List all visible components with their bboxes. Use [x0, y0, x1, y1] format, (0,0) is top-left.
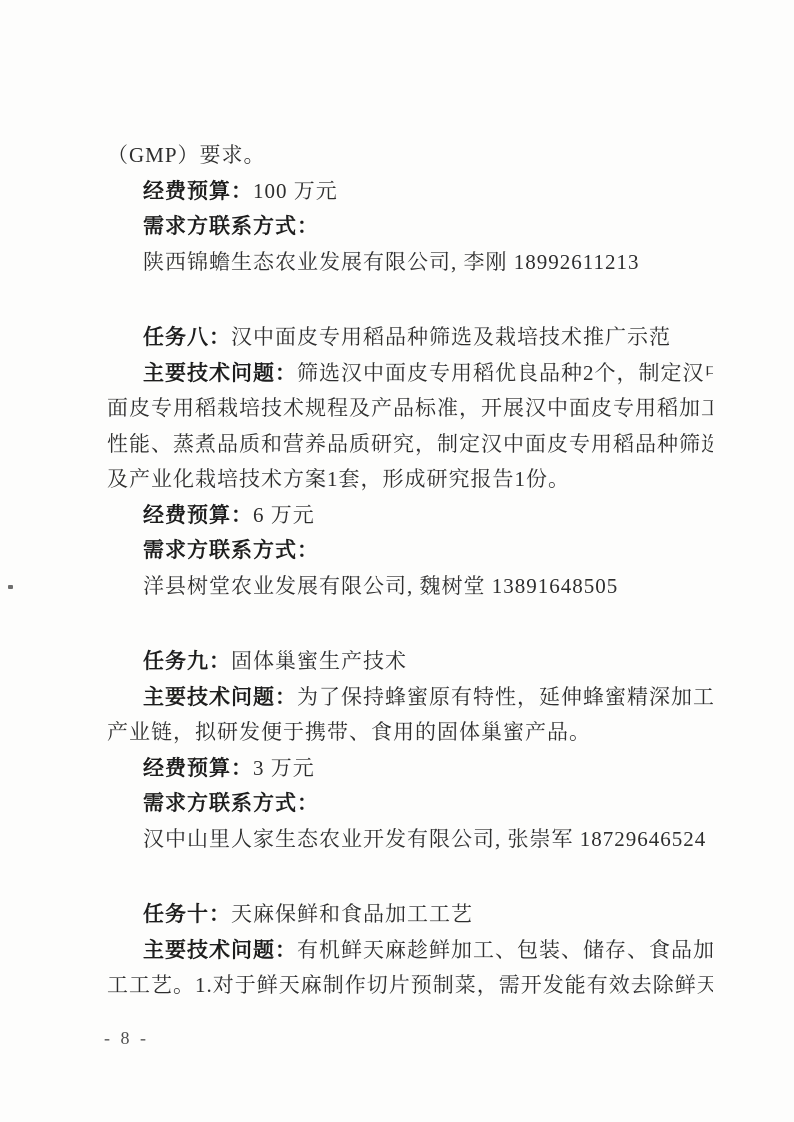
contact-label-line: 需求方联系方式： — [107, 786, 713, 822]
contact-label: 需求方联系方式： — [143, 539, 319, 562]
contact-value-line: 洋县树堂农业发展有限公司, 魏树堂 13891648505 — [107, 569, 713, 605]
problem-line: 主要技术问题：有机鲜天麻趁鲜加工、包装、储存、食品加 — [107, 933, 713, 969]
task-title-line: 任务九：固体巢蜜生产技术 — [107, 644, 713, 680]
task-title-line: 任务八：汉中面皮专用稻品种筛选及栽培技术推广示范 — [107, 320, 713, 356]
problem-line: 及产业化栽培技术方案1套，形成研究报告1份。 — [107, 462, 713, 498]
budget-label: 经费预算： — [143, 180, 253, 203]
task-8-section: 任务八：汉中面皮专用稻品种筛选及栽培技术推广示范 主要技术问题：筛选汉中面皮专用… — [107, 320, 713, 604]
problem-text: 筛选汉中面皮专用稻优良品种2个，制定汉中 — [297, 361, 713, 385]
page-number: - 8 - — [104, 1028, 149, 1049]
problem-label: 主要技术问题： — [143, 362, 297, 385]
problem-label: 主要技术问题： — [143, 686, 297, 709]
problem-line: 工工艺。1.对于鲜天麻制作切片预制菜，需开发能有效去除鲜天 — [107, 968, 713, 1004]
contact-value-line: 陕西锦蟾生态农业发展有限公司, 李刚 18992611213 — [107, 245, 713, 281]
task-title-text: 天麻保鲜和食品加工工艺 — [231, 902, 473, 926]
budget-value: 3 万元 — [253, 756, 315, 780]
problem-line: 产业链，拟研发便于携带、食用的固体巢蜜产品。 — [107, 715, 713, 751]
problem-line: 主要技术问题：为了保持蜂蜜原有特性，延伸蜂蜜精深加工 — [107, 680, 713, 716]
budget-line: 经费预算：100 万元 — [107, 174, 713, 210]
budget-value: 6 万元 — [253, 503, 315, 527]
budget-label: 经费预算： — [143, 504, 253, 527]
problem-line: 主要技术问题：筛选汉中面皮专用稻优良品种2个，制定汉中 — [107, 356, 713, 392]
task-10-section: 任务十：天麻保鲜和食品加工工艺 主要技术问题：有机鲜天麻趁鲜加工、包装、储存、食… — [107, 897, 713, 1004]
budget-label: 经费预算： — [143, 757, 253, 780]
contact-value-line: 汉中山里人家生态农业开发有限公司, 张崇军 18729646524 — [107, 822, 713, 858]
task-title-label: 任务九： — [143, 650, 231, 673]
problem-text: 为了保持蜂蜜原有特性，延伸蜂蜜精深加工 — [297, 685, 713, 709]
task-title-text: 汉中面皮专用稻品种筛选及栽培技术推广示范 — [231, 325, 671, 349]
contact-label-line: 需求方联系方式： — [107, 533, 713, 569]
problem-label: 主要技术问题： — [143, 939, 297, 962]
task-title-line: 任务十：天麻保鲜和食品加工工艺 — [107, 897, 713, 933]
document-page: （GMP）要求。 经费预算：100 万元 需求方联系方式： 陕西锦蟾生态农业发展… — [0, 0, 794, 1122]
page-body: （GMP）要求。 经费预算：100 万元 需求方联系方式： 陕西锦蟾生态农业发展… — [107, 138, 713, 1004]
task-title-label: 任务十： — [143, 903, 231, 926]
problem-line: 性能、蒸煮品质和营养品质研究，制定汉中面皮专用稻品种筛选 — [107, 427, 713, 463]
contact-label: 需求方联系方式： — [143, 792, 319, 815]
intro-section: （GMP）要求。 经费预算：100 万元 需求方联系方式： 陕西锦蟾生态农业发展… — [107, 138, 713, 280]
task-title-label: 任务八： — [143, 326, 231, 349]
problem-line: 面皮专用稻栽培技术规程及产品标准，开展汉中面皮专用稻加工 — [107, 391, 713, 427]
contact-label-line: 需求方联系方式： — [107, 209, 713, 245]
problem-text: 有机鲜天麻趁鲜加工、包装、储存、食品加 — [297, 938, 713, 962]
scan-artifact-speck — [8, 585, 13, 589]
task-title-text: 固体巢蜜生产技术 — [231, 649, 407, 673]
budget-line: 经费预算：6 万元 — [107, 498, 713, 534]
budget-value: 100 万元 — [253, 179, 338, 203]
budget-line: 经费预算：3 万元 — [107, 751, 713, 787]
contact-label: 需求方联系方式： — [143, 215, 319, 238]
carryover-text-line: （GMP）要求。 — [107, 138, 713, 174]
task-9-section: 任务九：固体巢蜜生产技术 主要技术问题：为了保持蜂蜜原有特性，延伸蜂蜜精深加工 … — [107, 644, 713, 857]
